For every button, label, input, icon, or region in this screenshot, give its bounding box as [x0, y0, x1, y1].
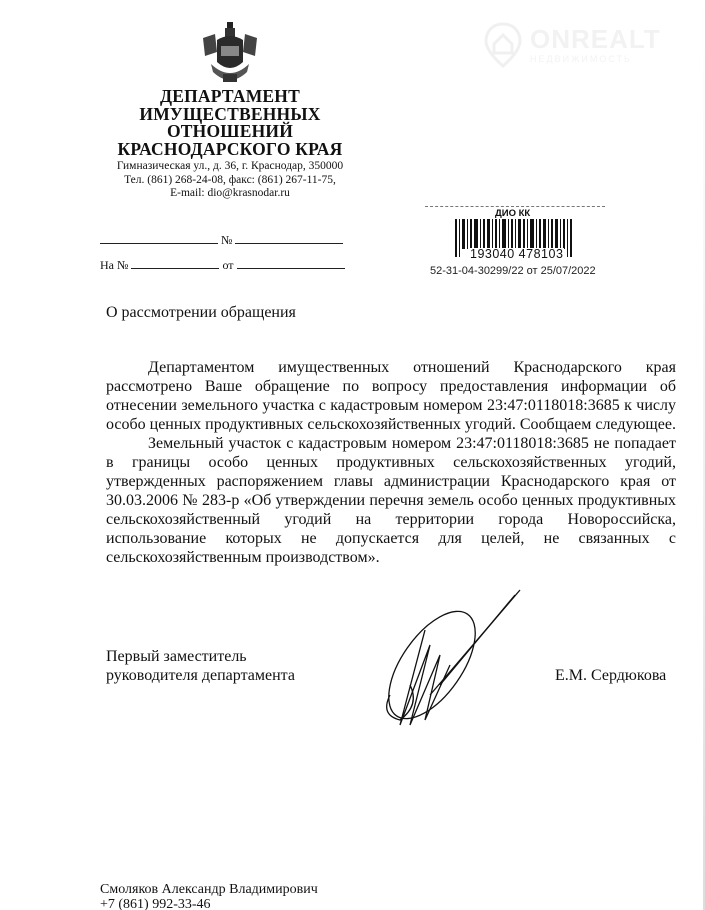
- position-line: руководителя департамента: [106, 666, 295, 685]
- registration-number: 52-31-04-30299/22 от 25/07/2022: [430, 265, 596, 277]
- date-blank: [100, 233, 218, 244]
- executor-name: Смоляков Александр Владимирович: [100, 882, 318, 897]
- department-contacts: Гимназическая ул., д. 36, г. Краснодар, …: [90, 160, 370, 201]
- reply-number-blank: [131, 258, 219, 269]
- stamp-divider: [425, 206, 605, 207]
- executor-info: Смоляков Александр Владимирович +7 (861)…: [100, 882, 318, 910]
- barcode-number: 193040 478103: [469, 248, 564, 260]
- number-blank: [235, 233, 343, 244]
- body-paragraph: Департаментом имущественных отношений Кр…: [106, 358, 676, 434]
- signatory-name: Е.М. Сердюкова: [555, 667, 666, 685]
- body-paragraph: Земельный участок с кадастровым номером …: [106, 434, 676, 567]
- coat-of-arms-icon: [199, 22, 261, 88]
- letter-subject: О рассмотрении обращения: [106, 304, 296, 322]
- executor-phone: +7 (861) 992-33-46: [100, 897, 318, 910]
- watermark-name: ONREALT: [530, 24, 661, 55]
- watermark-subtitle: НЕДВИЖИМОСТЬ: [530, 54, 632, 64]
- number-sign: №: [221, 233, 232, 247]
- letter-body: Департаментом имущественных отношений Кр…: [106, 358, 676, 567]
- address: Гимназическая ул., д. 36, г. Краснодар, …: [90, 160, 370, 174]
- phone-fax: Тел. (861) 268-24-08, факс: (861) 267-11…: [90, 174, 370, 188]
- outgoing-number-line: №: [100, 233, 343, 248]
- reply-to-label: На №: [100, 258, 128, 272]
- from-label: от: [222, 258, 233, 272]
- reply-date-blank: [237, 258, 345, 269]
- department-line: КРАСНОДАРСКОГО КРАЯ: [90, 141, 370, 159]
- department-line: ДЕПАРТАМЕНТ: [90, 88, 370, 106]
- department-title: ДЕПАРТАМЕНТ ИМУЩЕСТВЕННЫХ ОТНОШЕНИЙ КРАС…: [90, 88, 370, 158]
- handwritten-signature-icon: [370, 585, 530, 735]
- barcode-label: ДИО КК: [495, 208, 530, 219]
- position-line: Первый заместитель: [106, 647, 295, 666]
- house-pin-icon: [484, 22, 522, 68]
- email: E-mail: dio@krasnodar.ru: [90, 187, 370, 201]
- watermark: ONREALT НЕДВИЖИМОСТЬ: [482, 20, 692, 70]
- reply-to-line: На № от: [100, 258, 345, 273]
- department-line: ОТНОШЕНИЙ: [90, 123, 370, 141]
- signatory-position: Первый заместитель руководителя департам…: [106, 647, 295, 685]
